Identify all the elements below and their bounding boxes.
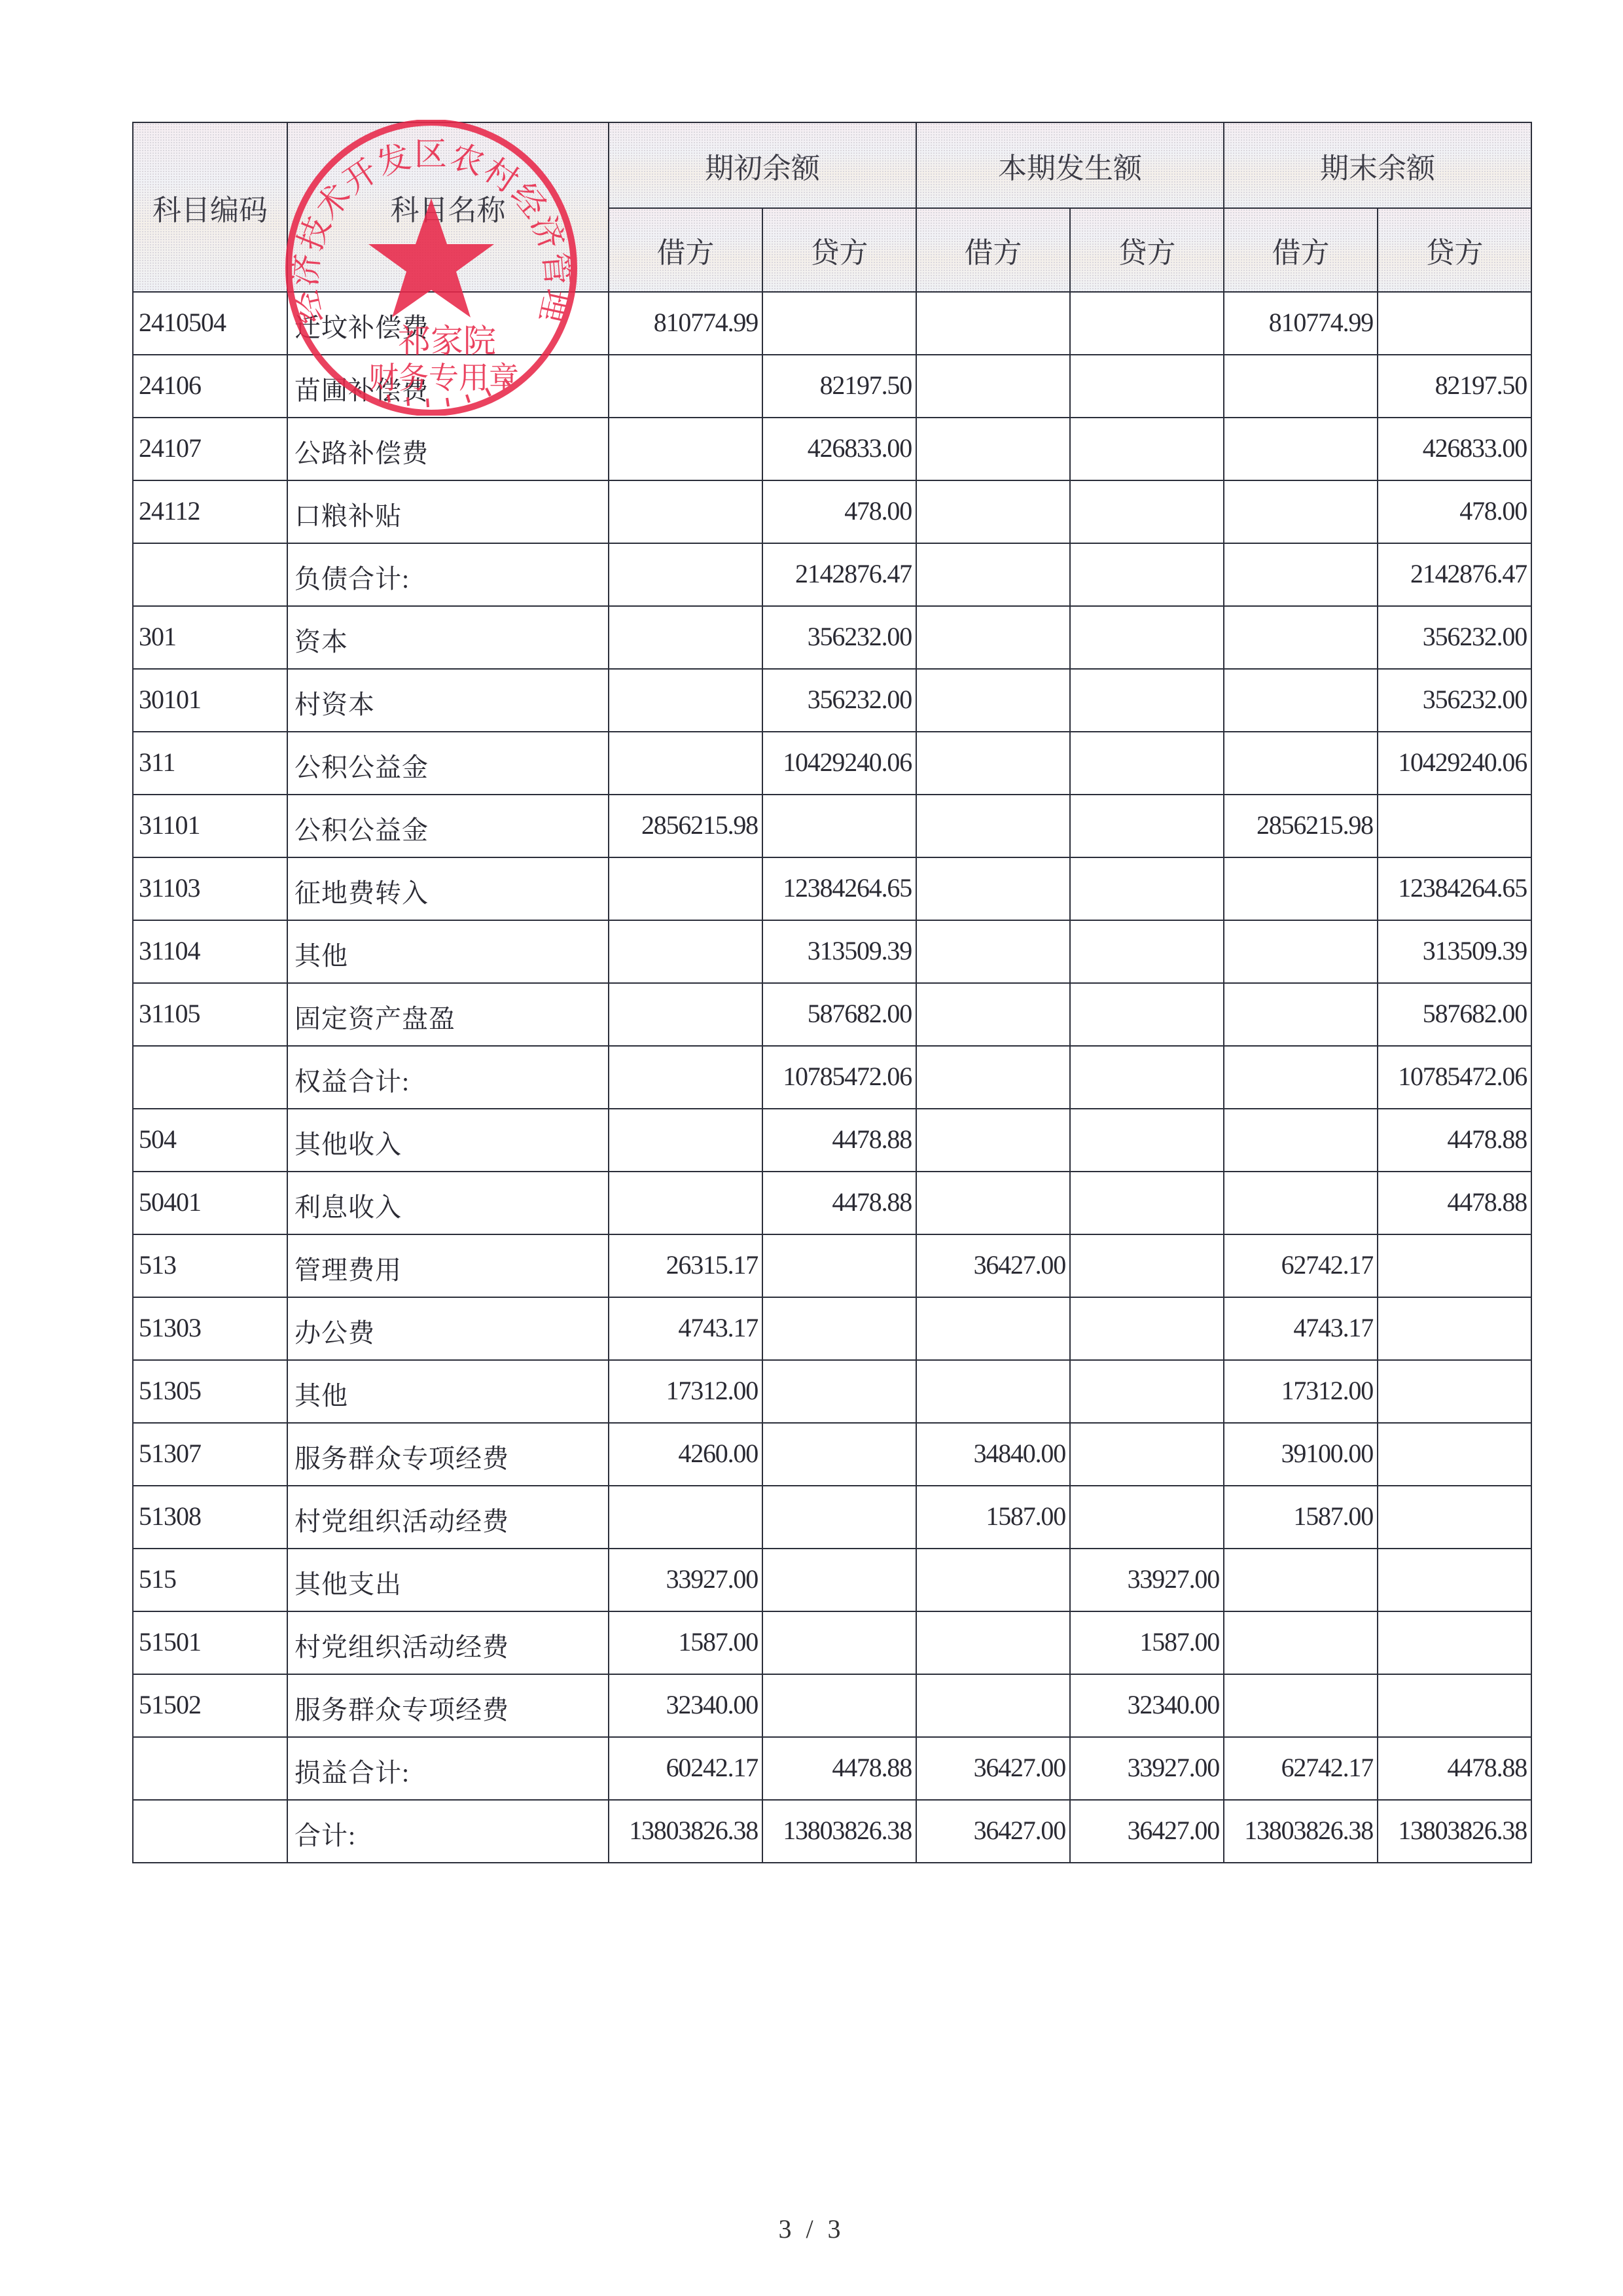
amount-value: 32340.00 <box>666 1689 758 1720</box>
close-credit-amount: 426833.00 <box>1378 418 1531 480</box>
close-credit-amount <box>1378 795 1531 857</box>
amount-value: 1587.00 <box>1139 1626 1219 1657</box>
account-name: 固定资产盘盈 <box>287 983 609 1046</box>
account-name: 权益合计: <box>287 1046 609 1109</box>
close-debit-amount <box>1224 1172 1378 1234</box>
open-credit-amount <box>762 1611 916 1674</box>
open-credit-amount: 587682.00 <box>762 983 916 1046</box>
open-credit-amount <box>762 1486 916 1549</box>
account-code: 51308 <box>133 1486 287 1549</box>
period-debit-amount <box>916 1549 1070 1611</box>
period-debit-amount: 36427.00 <box>916 1737 1070 1800</box>
period-debit-amount <box>916 606 1070 669</box>
amount-value: 356232.00 <box>1423 684 1527 715</box>
account-name: 管理费用 <box>287 1234 609 1297</box>
close-debit-amount <box>1224 983 1378 1046</box>
amount-value: 34840.00 <box>974 1438 1065 1469</box>
open-credit-amount: 4478.88 <box>762 1172 916 1234</box>
open-credit-amount: 2142876.47 <box>762 543 916 606</box>
header-opening-balance: 期初余额 <box>609 122 916 208</box>
period-credit-amount <box>1070 418 1224 480</box>
close-credit-amount <box>1378 1674 1531 1737</box>
table-row: 515其他支出33927.0033927.00 <box>133 1549 1531 1611</box>
table-row: 31105固定资产盘盈587682.00587682.00 <box>133 983 1531 1046</box>
period-credit-amount <box>1070 355 1224 418</box>
open-debit-amount <box>609 732 762 795</box>
amount-value: 313509.39 <box>808 935 912 966</box>
header-closing-debit: 借方 <box>1224 208 1378 292</box>
amount-value: 1587.00 <box>986 1501 1065 1532</box>
close-credit-amount: 4478.88 <box>1378 1172 1531 1234</box>
period-credit-amount <box>1070 1297 1224 1360</box>
account-code <box>133 1046 287 1109</box>
period-credit-amount <box>1070 732 1224 795</box>
close-debit-amount <box>1224 418 1378 480</box>
amount-value: 356232.00 <box>808 684 912 715</box>
table-row: 51303办公费4743.174743.17 <box>133 1297 1531 1360</box>
open-credit-amount <box>762 1423 916 1486</box>
open-debit-amount <box>609 1109 762 1172</box>
amount-value: 10785472.06 <box>783 1061 912 1092</box>
close-credit-amount: 10429240.06 <box>1378 732 1531 795</box>
account-code <box>133 1737 287 1800</box>
amount-value: 313509.39 <box>1423 935 1527 966</box>
period-credit-amount: 36427.00 <box>1070 1800 1224 1863</box>
period-debit-amount <box>916 1360 1070 1423</box>
close-credit-amount: 478.00 <box>1378 480 1531 543</box>
open-debit-amount <box>609 920 762 983</box>
amount-value: 4260.00 <box>678 1438 758 1469</box>
account-name: 村党组织活动经费 <box>287 1486 609 1549</box>
amount-value: 1587.00 <box>678 1626 758 1657</box>
account-name: 公积公益金 <box>287 732 609 795</box>
close-credit-amount: 356232.00 <box>1378 606 1531 669</box>
amount-value: 62742.17 <box>1281 1752 1373 1783</box>
open-credit-amount: 82197.50 <box>762 355 916 418</box>
open-credit-amount <box>762 1297 916 1360</box>
table-row: 51501村党组织活动经费1587.001587.00 <box>133 1611 1531 1674</box>
header-period-amount: 本期发生额 <box>916 122 1224 208</box>
close-debit-amount <box>1224 1046 1378 1109</box>
header-period-credit: 贷方 <box>1070 208 1224 292</box>
header-closing-balance: 期末余额 <box>1224 122 1531 208</box>
period-credit-amount <box>1070 1046 1224 1109</box>
amount-value: 33927.00 <box>1128 1564 1219 1594</box>
account-name: 口粮补贴 <box>287 480 609 543</box>
open-debit-amount: 4260.00 <box>609 1423 762 1486</box>
period-debit-amount <box>916 669 1070 732</box>
close-debit-amount: 39100.00 <box>1224 1423 1378 1486</box>
page-indicator: 3 / 3 <box>0 2214 1623 2244</box>
close-debit-amount: 4743.17 <box>1224 1297 1378 1360</box>
amount-value: 4743.17 <box>1293 1312 1373 1343</box>
table-row: 2410504迁坟补偿费810774.99810774.99 <box>133 292 1531 355</box>
close-debit-amount <box>1224 1549 1378 1611</box>
close-credit-amount <box>1378 1423 1531 1486</box>
account-name: 公路补偿费 <box>287 418 609 480</box>
period-credit-amount <box>1070 1423 1224 1486</box>
amount-value: 36427.00 <box>974 1249 1065 1280</box>
header-period-debit: 借方 <box>916 208 1070 292</box>
account-name: 资本 <box>287 606 609 669</box>
amount-value: 810774.99 <box>1269 307 1373 338</box>
close-credit-amount <box>1378 1549 1531 1611</box>
close-debit-amount: 17312.00 <box>1224 1360 1378 1423</box>
period-credit-amount <box>1070 795 1224 857</box>
close-credit-amount <box>1378 1297 1531 1360</box>
amount-value: 13803826.38 <box>1398 1815 1527 1846</box>
period-debit-amount <box>916 480 1070 543</box>
table-row: 30101村资本356232.00356232.00 <box>133 669 1531 732</box>
account-code: 30101 <box>133 669 287 732</box>
period-debit-amount: 36427.00 <box>916 1234 1070 1297</box>
amount-value: 62742.17 <box>1281 1249 1373 1280</box>
open-debit-amount <box>609 669 762 732</box>
close-debit-amount <box>1224 543 1378 606</box>
period-debit-amount <box>916 857 1070 920</box>
close-credit-amount: 10785472.06 <box>1378 1046 1531 1109</box>
close-debit-amount: 810774.99 <box>1224 292 1378 355</box>
account-code: 513 <box>133 1234 287 1297</box>
period-debit-amount <box>916 1046 1070 1109</box>
close-credit-amount <box>1378 292 1531 355</box>
amount-value: 2856215.98 <box>641 810 758 840</box>
amount-value: 17312.00 <box>1281 1375 1373 1406</box>
period-debit-amount: 34840.00 <box>916 1423 1070 1486</box>
open-credit-amount <box>762 795 916 857</box>
close-debit-amount <box>1224 355 1378 418</box>
open-credit-amount: 356232.00 <box>762 606 916 669</box>
close-credit-amount: 2142876.47 <box>1378 543 1531 606</box>
close-debit-amount: 2856215.98 <box>1224 795 1378 857</box>
close-debit-amount <box>1224 732 1378 795</box>
amount-value: 10429240.06 <box>1398 747 1527 778</box>
close-credit-amount <box>1378 1360 1531 1423</box>
amount-value: 39100.00 <box>1281 1438 1373 1469</box>
close-credit-amount: 13803826.38 <box>1378 1800 1531 1863</box>
account-name: 苗圃补偿费 <box>287 355 609 418</box>
amount-value: 12384264.65 <box>1398 872 1527 903</box>
close-debit-amount: 13803826.38 <box>1224 1800 1378 1863</box>
close-debit-amount <box>1224 480 1378 543</box>
amount-value: 1587.00 <box>1293 1501 1373 1532</box>
table-row: 513管理费用26315.1736427.0062742.17 <box>133 1234 1531 1297</box>
open-debit-amount: 60242.17 <box>609 1737 762 1800</box>
period-debit-amount <box>916 983 1070 1046</box>
account-code: 51501 <box>133 1611 287 1674</box>
close-debit-amount <box>1224 1611 1378 1674</box>
open-debit-amount: 2856215.98 <box>609 795 762 857</box>
header-opening-credit: 贷方 <box>762 208 916 292</box>
amount-value: 4743.17 <box>678 1312 758 1343</box>
close-debit-amount: 1587.00 <box>1224 1486 1378 1549</box>
close-credit-amount: 313509.39 <box>1378 920 1531 983</box>
open-debit-amount: 4743.17 <box>609 1297 762 1360</box>
open-debit-amount <box>609 418 762 480</box>
account-code: 31101 <box>133 795 287 857</box>
account-name: 服务群众专项经费 <box>287 1423 609 1486</box>
amount-value: 10429240.06 <box>783 747 912 778</box>
amount-value: 33927.00 <box>666 1564 758 1594</box>
period-debit-amount: 36427.00 <box>916 1800 1070 1863</box>
subtotal-row: 损益合计:60242.174478.8836427.0033927.006274… <box>133 1737 1531 1800</box>
period-credit-amount <box>1070 1234 1224 1297</box>
amount-value: 13803826.38 <box>783 1815 912 1846</box>
close-credit-amount: 356232.00 <box>1378 669 1531 732</box>
open-debit-amount <box>609 983 762 1046</box>
amount-value: 2142876.47 <box>1410 558 1527 589</box>
subtotal-row: 合计:13803826.3813803826.3836427.0036427.0… <box>133 1800 1531 1863</box>
open-debit-amount: 32340.00 <box>609 1674 762 1737</box>
amount-value: 36427.00 <box>1128 1815 1219 1846</box>
account-name: 服务群众专项经费 <box>287 1674 609 1737</box>
account-name: 合计: <box>287 1800 609 1863</box>
account-code <box>133 1800 287 1863</box>
amount-value: 478.00 <box>844 495 912 526</box>
close-debit-amount <box>1224 669 1378 732</box>
account-code: 24112 <box>133 480 287 543</box>
account-name: 其他 <box>287 920 609 983</box>
open-debit-amount <box>609 857 762 920</box>
period-debit-amount <box>916 1297 1070 1360</box>
account-code: 515 <box>133 1549 287 1611</box>
close-debit-amount: 62742.17 <box>1224 1234 1378 1297</box>
subtotal-row: 负债合计:2142876.472142876.47 <box>133 543 1531 606</box>
open-debit-amount <box>609 1486 762 1549</box>
amount-value: 356232.00 <box>1423 621 1527 652</box>
open-debit-amount: 1587.00 <box>609 1611 762 1674</box>
amount-value: 4478.88 <box>832 1187 912 1217</box>
table-body: 2410504迁坟补偿费810774.99810774.9924106苗圃补偿费… <box>133 292 1531 1863</box>
table-row: 51305其他17312.0017312.00 <box>133 1360 1531 1423</box>
period-credit-amount: 32340.00 <box>1070 1674 1224 1737</box>
period-credit-amount <box>1070 920 1224 983</box>
period-credit-amount: 33927.00 <box>1070 1737 1224 1800</box>
account-code: 51303 <box>133 1297 287 1360</box>
close-debit-amount <box>1224 920 1378 983</box>
close-credit-amount: 4478.88 <box>1378 1109 1531 1172</box>
open-debit-amount: 13803826.38 <box>609 1800 762 1863</box>
header-account-name: 科目名称 <box>287 122 609 292</box>
period-debit-amount <box>916 292 1070 355</box>
amount-value: 587682.00 <box>1423 998 1527 1029</box>
period-credit-amount <box>1070 669 1224 732</box>
close-credit-amount <box>1378 1486 1531 1549</box>
amount-value: 33927.00 <box>1128 1752 1219 1783</box>
close-credit-amount <box>1378 1234 1531 1297</box>
amount-value: 587682.00 <box>808 998 912 1029</box>
account-code: 311 <box>133 732 287 795</box>
amount-value: 4478.88 <box>832 1124 912 1155</box>
account-name: 其他 <box>287 1360 609 1423</box>
close-debit-amount <box>1224 606 1378 669</box>
period-debit-amount <box>916 543 1070 606</box>
header-account-code: 科目编码 <box>133 122 287 292</box>
table-row: 31101公积公益金2856215.982856215.98 <box>133 795 1531 857</box>
period-debit-amount: 1587.00 <box>916 1486 1070 1549</box>
table-row: 301资本356232.00356232.00 <box>133 606 1531 669</box>
period-credit-amount <box>1070 1486 1224 1549</box>
open-debit-amount <box>609 355 762 418</box>
table-row: 51308村党组织活动经费1587.001587.00 <box>133 1486 1531 1549</box>
account-name: 办公费 <box>287 1297 609 1360</box>
account-code: 51502 <box>133 1674 287 1737</box>
period-debit-amount <box>916 920 1070 983</box>
amount-value: 26315.17 <box>666 1249 758 1280</box>
open-credit-amount <box>762 1549 916 1611</box>
account-name: 其他支出 <box>287 1549 609 1611</box>
amount-value: 36427.00 <box>974 1752 1065 1783</box>
amount-value: 60242.17 <box>666 1752 758 1783</box>
table-row: 31104其他313509.39313509.39 <box>133 920 1531 983</box>
header-opening-debit: 借方 <box>609 208 762 292</box>
period-debit-amount <box>916 795 1070 857</box>
account-code: 51305 <box>133 1360 287 1423</box>
amount-value: 13803826.38 <box>1244 1815 1373 1846</box>
open-credit-amount: 356232.00 <box>762 669 916 732</box>
amount-value: 32340.00 <box>1128 1689 1219 1720</box>
account-code: 24106 <box>133 355 287 418</box>
amount-value: 82197.50 <box>820 370 912 401</box>
open-debit-amount: 33927.00 <box>609 1549 762 1611</box>
table-row: 24112口粮补贴478.00478.00 <box>133 480 1531 543</box>
period-debit-amount <box>916 1172 1070 1234</box>
period-debit-amount <box>916 418 1070 480</box>
account-name: 负债合计: <box>287 543 609 606</box>
amount-value: 426833.00 <box>808 433 912 463</box>
open-debit-amount: 26315.17 <box>609 1234 762 1297</box>
open-credit-amount: 4478.88 <box>762 1737 916 1800</box>
open-credit-amount <box>762 292 916 355</box>
account-name: 利息收入 <box>287 1172 609 1234</box>
period-credit-amount <box>1070 292 1224 355</box>
close-credit-amount: 82197.50 <box>1378 355 1531 418</box>
amount-value: 4478.88 <box>1447 1124 1527 1155</box>
table-row: 31103征地费转入12384264.6512384264.65 <box>133 857 1531 920</box>
open-debit-amount: 810774.99 <box>609 292 762 355</box>
open-credit-amount: 313509.39 <box>762 920 916 983</box>
amount-value: 12384264.65 <box>783 872 912 903</box>
amount-value: 82197.50 <box>1435 370 1527 401</box>
amount-value: 2142876.47 <box>795 558 912 589</box>
amount-value: 2856215.98 <box>1257 810 1373 840</box>
period-credit-amount <box>1070 480 1224 543</box>
period-credit-amount <box>1070 606 1224 669</box>
table-row: 504其他收入4478.884478.88 <box>133 1109 1531 1172</box>
period-debit-amount <box>916 732 1070 795</box>
table-row: 311公积公益金10429240.0610429240.06 <box>133 732 1531 795</box>
close-credit-amount: 4478.88 <box>1378 1737 1531 1800</box>
period-credit-amount: 1587.00 <box>1070 1611 1224 1674</box>
open-debit-amount: 17312.00 <box>609 1360 762 1423</box>
close-credit-amount <box>1378 1611 1531 1674</box>
period-credit-amount <box>1070 543 1224 606</box>
account-name: 迁坟补偿费 <box>287 292 609 355</box>
period-debit-amount <box>916 1674 1070 1737</box>
account-name: 其他收入 <box>287 1109 609 1172</box>
account-name: 公积公益金 <box>287 795 609 857</box>
table-row: 51502服务群众专项经费32340.0032340.00 <box>133 1674 1531 1737</box>
account-code: 31103 <box>133 857 287 920</box>
table-header: 科目编码 科目名称 期初余额 本期发生额 期末余额 借方 贷方 借方 贷方 借方… <box>133 122 1531 292</box>
close-debit-amount <box>1224 1674 1378 1737</box>
open-credit-amount: 13803826.38 <box>762 1800 916 1863</box>
amount-value: 4478.88 <box>1447 1187 1527 1217</box>
open-debit-amount <box>609 1172 762 1234</box>
account-code <box>133 543 287 606</box>
close-debit-amount <box>1224 857 1378 920</box>
amount-value: 356232.00 <box>808 621 912 652</box>
open-debit-amount <box>609 480 762 543</box>
amount-value: 17312.00 <box>666 1375 758 1406</box>
amount-value: 478.00 <box>1459 495 1527 526</box>
close-credit-amount: 12384264.65 <box>1378 857 1531 920</box>
period-debit-amount <box>916 1109 1070 1172</box>
open-debit-amount <box>609 606 762 669</box>
period-credit-amount <box>1070 1360 1224 1423</box>
close-debit-amount <box>1224 1109 1378 1172</box>
open-credit-amount <box>762 1234 916 1297</box>
open-credit-amount <box>762 1360 916 1423</box>
close-credit-amount: 587682.00 <box>1378 983 1531 1046</box>
open-debit-amount <box>609 1046 762 1109</box>
period-credit-amount: 33927.00 <box>1070 1549 1224 1611</box>
account-code: 50401 <box>133 1172 287 1234</box>
open-debit-amount <box>609 543 762 606</box>
period-credit-amount <box>1070 983 1224 1046</box>
account-name: 损益合计: <box>287 1737 609 1800</box>
open-credit-amount: 12384264.65 <box>762 857 916 920</box>
table-row: 51307服务群众专项经费4260.0034840.0039100.00 <box>133 1423 1531 1486</box>
open-credit-amount: 4478.88 <box>762 1109 916 1172</box>
account-code: 31104 <box>133 920 287 983</box>
period-credit-amount <box>1070 1172 1224 1234</box>
amount-value: 426833.00 <box>1423 433 1527 463</box>
open-credit-amount: 426833.00 <box>762 418 916 480</box>
trial-balance-table: 科目编码 科目名称 期初余额 本期发生额 期末余额 借方 贷方 借方 贷方 借方… <box>132 122 1532 1863</box>
account-code: 2410504 <box>133 292 287 355</box>
open-credit-amount: 10785472.06 <box>762 1046 916 1109</box>
account-code: 24107 <box>133 418 287 480</box>
amount-value: 10785472.06 <box>1398 1061 1527 1092</box>
account-name: 村资本 <box>287 669 609 732</box>
period-credit-amount <box>1070 857 1224 920</box>
amount-value: 4478.88 <box>832 1752 912 1783</box>
account-code: 51307 <box>133 1423 287 1486</box>
account-code: 301 <box>133 606 287 669</box>
open-credit-amount: 478.00 <box>762 480 916 543</box>
account-name: 村党组织活动经费 <box>287 1611 609 1674</box>
header-closing-credit: 贷方 <box>1378 208 1531 292</box>
amount-value: 810774.99 <box>654 307 758 338</box>
table-row: 24106苗圃补偿费82197.5082197.50 <box>133 355 1531 418</box>
amount-value: 4478.88 <box>1447 1752 1527 1783</box>
amount-value: 13803826.38 <box>629 1815 758 1846</box>
period-debit-amount <box>916 355 1070 418</box>
table-row: 50401利息收入4478.884478.88 <box>133 1172 1531 1234</box>
account-code: 31105 <box>133 983 287 1046</box>
amount-value: 36427.00 <box>974 1815 1065 1846</box>
account-name: 征地费转入 <box>287 857 609 920</box>
close-debit-amount: 62742.17 <box>1224 1737 1378 1800</box>
table-row: 24107公路补偿费426833.00426833.00 <box>133 418 1531 480</box>
open-credit-amount: 10429240.06 <box>762 732 916 795</box>
subtotal-row: 权益合计:10785472.0610785472.06 <box>133 1046 1531 1109</box>
account-code: 504 <box>133 1109 287 1172</box>
period-debit-amount <box>916 1611 1070 1674</box>
open-credit-amount <box>762 1674 916 1737</box>
period-credit-amount <box>1070 1109 1224 1172</box>
